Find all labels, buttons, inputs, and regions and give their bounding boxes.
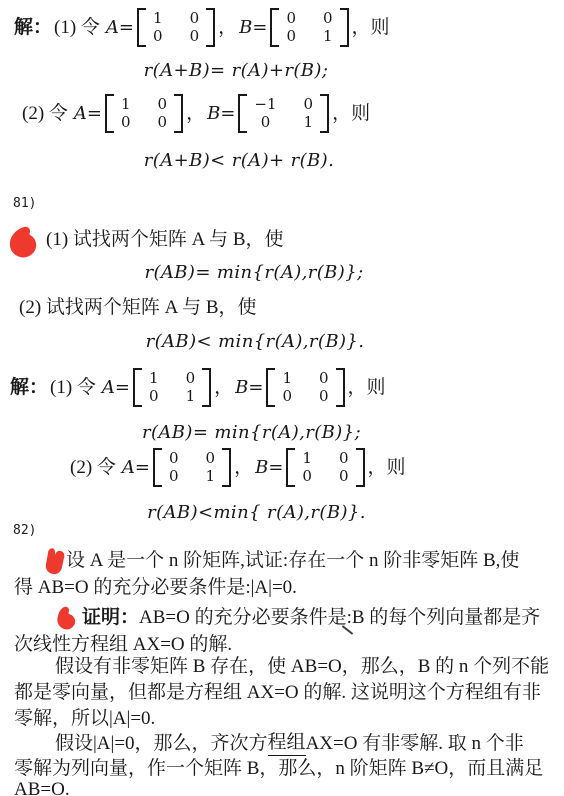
matrix-cell: 0: [186, 370, 196, 387]
matrix-cell: 0: [261, 114, 271, 131]
separator: ，: [218, 17, 237, 39]
matrix-A: 0 0 0 1: [153, 448, 231, 487]
matrix-cell: 0: [302, 468, 312, 485]
proof-para3-line2: 零解为列向量，作一个矩阵 B，那么，n 阶矩阵 B≠O，而且满足: [14, 758, 543, 780]
matrix-B: 0 0 0 1: [270, 8, 348, 47]
matrix-cell: 0: [339, 468, 349, 485]
proof-para2-line3: 零解，所以|A|=0.: [14, 708, 155, 730]
problem81-part2-text: (2) 试找两个矩阵 A 与 B，使: [19, 297, 257, 319]
matrix-cell: 0: [286, 10, 296, 27]
separator: ，: [234, 457, 253, 479]
problem82-line1: 设 A 是一个 n 阶矩阵,试证:存在一个 n 阶非零矩阵 B,使: [66, 550, 519, 572]
matrix-a-name: A=: [74, 103, 102, 124]
item-tail: ，则: [352, 17, 390, 39]
matrix-cell: 0: [339, 450, 349, 467]
matrix-cell: 1: [304, 114, 314, 131]
matrix-cell: 1: [121, 96, 131, 113]
matrix-A: 1 0 0 1: [133, 368, 211, 407]
matrix-cells: 1 0 0 0: [275, 368, 335, 407]
matrix-cell: −1: [254, 96, 276, 113]
proof-line1: 证明： AB=O 的充分必要条件是:B 的每个列向量都是齐: [82, 607, 540, 629]
matrix-cells: 1 0 0 0: [295, 448, 355, 487]
item-lead: (2) 令: [22, 103, 68, 125]
matrix-cell: 0: [158, 114, 168, 131]
matrix-a-name: A=: [122, 457, 150, 478]
right-bracket: [320, 94, 329, 133]
matrix-b-name: B=: [207, 103, 235, 124]
solution-prefix: 解：: [14, 17, 52, 39]
item-tail: ，则: [368, 457, 406, 479]
matrix-b-name: B=: [255, 457, 283, 478]
matrix-cell: 0: [158, 96, 168, 113]
matrix-B: 1 0 0 0: [286, 448, 364, 487]
matrix-cell: 0: [206, 450, 216, 467]
matrix-cell: 0: [149, 388, 159, 405]
formula-rank-product-less-sol: r(AB)<min{ r(A),r(B)}.: [0, 502, 513, 523]
item-tail: ，则: [348, 377, 386, 399]
matrix-cell: 0: [319, 388, 329, 405]
left-bracket: [238, 94, 247, 133]
matrix-cell: 1: [149, 370, 159, 387]
left-bracket: [286, 448, 295, 487]
red-mark-icon: [8, 226, 38, 260]
solution81-item2-line: (2) 令 A= 0 0 0 1 ， B= 1 0 0 0 ，则: [70, 448, 406, 487]
matrix-cell: 0: [190, 10, 200, 27]
matrix-cell: 1: [206, 468, 216, 485]
red-mark-icon: [56, 606, 77, 631]
left-bracket: [137, 8, 146, 47]
right-bracket: [206, 8, 215, 47]
solution-prefix: 解：: [10, 377, 48, 399]
matrix-cell: 0: [190, 28, 200, 45]
matrix-a-name: A=: [102, 377, 130, 398]
proof-para3-line1-underlined: 程组: [268, 732, 306, 756]
matrix-A: 1 0 0 0: [137, 8, 215, 47]
scanned-textbook-page: 解： (1) 令 A= 1 0 0 0 ， B= 0 0 0 1 ，则: [0, 0, 564, 796]
matrix-cell: 0: [121, 114, 131, 131]
formula-rank-product-equal-sol: r(AB)= min{r(A),r(B)};: [0, 422, 503, 443]
right-bracket: [222, 448, 231, 487]
matrix-cell: 0: [153, 28, 163, 45]
formula-rank-product-equal: r(AB)= min{r(A),r(B)};: [0, 262, 508, 283]
matrix-cell: 0: [169, 468, 179, 485]
matrix-cells: 0 0 0 1: [162, 448, 222, 487]
right-bracket: [174, 94, 183, 133]
proof-para2-line1: 假设有非零矩阵 B 存在，使 AB=O，那么，B 的 n 个列不能: [55, 656, 549, 678]
formula-rank-sum-equal: r(A+B)= r(A)+r(B);: [0, 60, 472, 81]
item-lead: (1) 令: [54, 17, 100, 39]
matrix-B: −1 0 0 1: [238, 94, 329, 133]
proof-para3-line1: 假设|A|=0，那么，齐次方 程组 AX=O 有非零解. 取 n 个非: [55, 732, 524, 756]
red-mark-shape: [10, 227, 36, 258]
right-bracket: [340, 8, 349, 47]
proof-para3-line1-post: AX=O 有非零解. 取 n 个非: [306, 733, 524, 755]
matrix-cells: −1 0 0 1: [247, 94, 320, 133]
matrix-cell: 0: [169, 450, 179, 467]
left-bracket: [270, 8, 279, 47]
matrix-cells: 1 0 0 1: [142, 368, 202, 407]
matrix-cell: 1: [323, 28, 333, 45]
matrix-cell: 0: [319, 370, 329, 387]
matrix-cell: 0: [286, 28, 296, 45]
proof-line2: 次线性方程组 AX=O 的解.: [14, 634, 232, 656]
matrix-b-name: B=: [235, 377, 263, 398]
problem-81-number-label: 81): [13, 196, 36, 211]
red-mark-icon: [44, 547, 66, 577]
item-lead: (2) 令: [70, 457, 116, 479]
solution80-item1-line: 解： (1) 令 A= 1 0 0 0 ， B= 0 0 0 1 ，则: [14, 8, 390, 47]
left-bracket: [266, 368, 275, 407]
matrix-cell: 0: [282, 388, 292, 405]
matrix-cell: 0: [304, 96, 314, 113]
red-mark-shape: [46, 548, 65, 574]
matrix-cell: 1: [302, 450, 312, 467]
matrix-cell: 1: [186, 388, 196, 405]
separator: ，: [214, 377, 233, 399]
left-bracket: [105, 94, 114, 133]
formula-rank-product-less: r(AB)< min{r(A),r(B)}.: [0, 331, 510, 352]
solution81-item1-line: 解： (1) 令 A= 1 0 0 1 ， B= 1 0 0 0 ，则: [10, 368, 386, 407]
separator: ，: [186, 103, 205, 125]
proof-line1-text: AB=O 的充分必要条件是:B 的每个列向量都是齐: [139, 607, 540, 629]
item-tail: ，则: [332, 103, 370, 125]
solution80-item2-line: (2) 令 A= 1 0 0 0 ， B= −1 0 0 1 ，则: [22, 94, 370, 133]
problem81-part1-text: (1) 试找两个矩阵 A 与 B，使: [46, 229, 284, 251]
matrix-B: 1 0 0 0: [266, 368, 344, 407]
left-bracket: [133, 368, 142, 407]
matrix-A: 1 0 0 0: [105, 94, 183, 133]
matrix-cell: 1: [153, 10, 163, 27]
matrix-a-name: A=: [106, 17, 134, 38]
item-lead: (1) 令: [50, 377, 96, 399]
left-bracket: [153, 448, 162, 487]
problem82-line2: 得 AB=O 的充分必要条件是:|A|=0.: [14, 577, 297, 599]
proof-heading: 证明：: [82, 607, 139, 629]
matrix-cells: 1 0 0 0: [114, 94, 174, 133]
matrix-b-name: B=: [239, 17, 267, 38]
red-mark-shape: [57, 607, 75, 630]
formula-rank-sum-less: r(A+B)< r(A)+ r(B).: [0, 150, 478, 171]
proof-para3-line3: AB=O.: [14, 779, 70, 796]
matrix-cells: 1 0 0 0: [146, 8, 206, 47]
proof-para3-line1-pre: 假设|A|=0，那么，齐次方: [55, 733, 268, 755]
matrix-cells: 0 0 0 1: [279, 8, 339, 47]
right-bracket: [356, 448, 365, 487]
right-bracket: [202, 368, 211, 407]
matrix-cell: 0: [323, 10, 333, 27]
proof-para2-line2: 都是零向量，但都是方程组 AX=O 的解. 这说明这个方程组有非: [14, 682, 541, 704]
problem-82-number-label: 82): [13, 523, 36, 538]
right-bracket: [336, 368, 345, 407]
matrix-cell: 1: [282, 370, 292, 387]
